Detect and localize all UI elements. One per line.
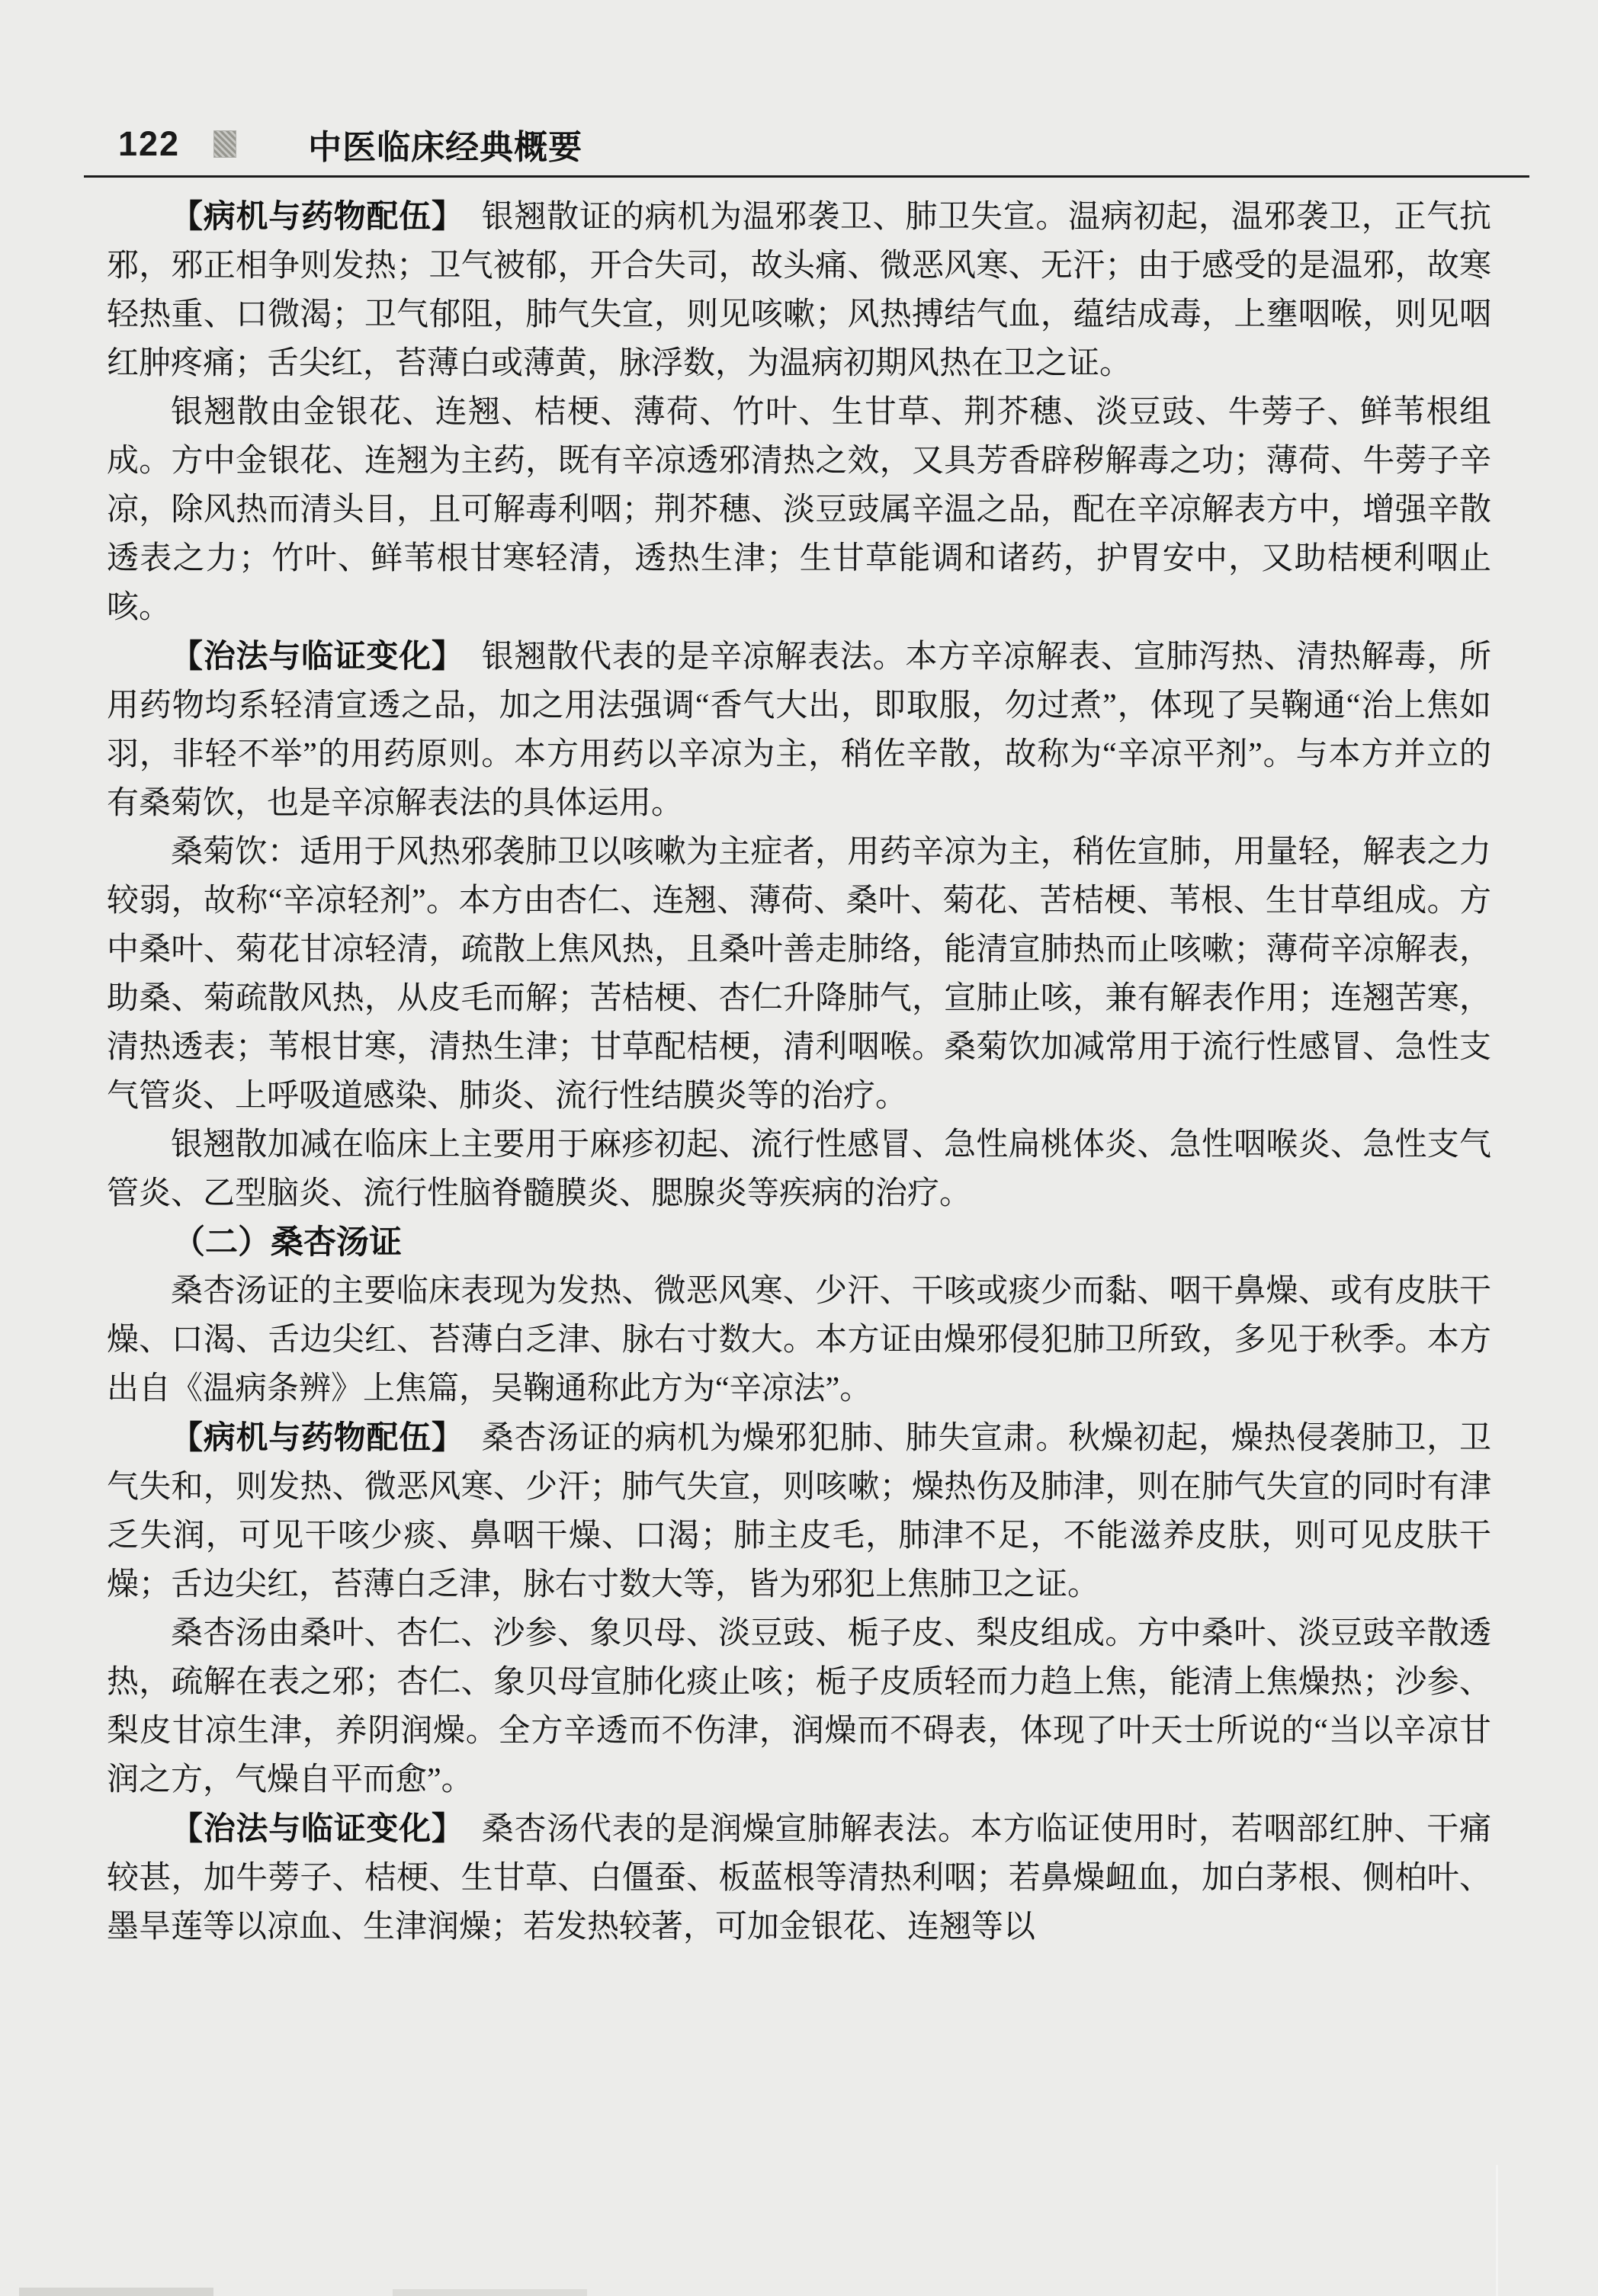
- paragraph: 桑杏汤由桑叶、杏仁、沙参、象贝母、淡豆豉、栀子皮、梨皮组成。方中桑叶、淡豆豉辛散…: [107, 1609, 1491, 1804]
- paragraph: 桑杏汤证的主要临床表现为发热、微恶风寒、少汗、干咳或痰少而黏、咽干鼻燥、或有皮肤…: [107, 1267, 1491, 1413]
- paragraph: 【治法与临证变化】银翘散代表的是辛凉解表法。本方辛凉解表、宣肺泻热、清热解毒，所…: [107, 632, 1491, 828]
- paragraph: 【病机与药物配伍】桑杏汤证的病机为燥邪犯肺、肺失宣肃。秋燥初起，燥热侵袭肺卫，卫…: [107, 1413, 1491, 1609]
- paragraph-label: 【病机与药物配伍】: [171, 1419, 464, 1455]
- scan-artifact: [1496, 2165, 1498, 2296]
- book-page: 122 中医临床经典概要 【病机与药物配伍】银翘散证的病机为温邪袭卫、肺卫失宣。…: [0, 0, 1598, 2296]
- page-header: 122 中医临床经典概要: [118, 124, 582, 164]
- paragraph-text: 桑杏汤证的主要临床表现为发热、微恶风寒、少汗、干咳或痰少而黏、咽干鼻燥、或有皮肤…: [107, 1274, 1491, 1406]
- book-title: 中医临床经典概要: [308, 120, 582, 168]
- paragraph-label: 【治法与临证变化】: [171, 638, 464, 674]
- section-heading: （二）桑杏汤证: [107, 1218, 1491, 1267]
- paragraph-text: 银翘散加减在临床上主要用于麻疹初起、流行性感冒、急性扁桃体炎、急性咽喉炎、急性支…: [107, 1127, 1491, 1211]
- paragraph-label: 【治法与临证变化】: [171, 1810, 464, 1846]
- body-text: 【病机与药物配伍】银翘散证的病机为温邪袭卫、肺卫失宣。温病初起，温邪袭卫，正气抗…: [107, 192, 1491, 1951]
- paragraph: 桑菊饮：适用于风热邪袭肺卫以咳嗽为主症者，用药辛凉为主，稍佐宣肺，用量轻，解表之…: [107, 828, 1491, 1121]
- paragraph: 银翘散加减在临床上主要用于麻疹初起、流行性感冒、急性扁桃体炎、急性咽喉炎、急性支…: [107, 1121, 1491, 1218]
- paragraph: 银翘散由金银花、连翘、桔梗、薄荷、竹叶、生甘草、荆芥穗、淡豆豉、牛蒡子、鲜苇根组…: [107, 388, 1491, 632]
- scan-artifact: [19, 2288, 213, 2296]
- header-divider: [84, 175, 1529, 178]
- paragraph-text: 银翘散由金银花、连翘、桔梗、薄荷、竹叶、生甘草、荆芥穗、淡豆豉、牛蒡子、鲜苇根组…: [107, 395, 1491, 625]
- paragraph-label: 【病机与药物配伍】: [171, 198, 464, 234]
- paragraph-text: 桑菊饮：适用于风热邪袭肺卫以咳嗽为主症者，用药辛凉为主，稍佐宣肺，用量轻，解表之…: [107, 835, 1491, 1114]
- scan-artifact: [393, 2289, 587, 2296]
- page-number: 122: [118, 124, 180, 164]
- halftone-square-icon: [213, 130, 236, 158]
- paragraph: 【治法与临证变化】桑杏汤代表的是润燥宣肺解表法。本方临证使用时，若咽部红肿、干痛…: [107, 1804, 1491, 1951]
- paragraph: 【病机与药物配伍】银翘散证的病机为温邪袭卫、肺卫失宣。温病初起，温邪袭卫，正气抗…: [107, 192, 1491, 388]
- paragraph-text: 桑杏汤由桑叶、杏仁、沙参、象贝母、淡豆豉、栀子皮、梨皮组成。方中桑叶、淡豆豉辛散…: [107, 1616, 1491, 1797]
